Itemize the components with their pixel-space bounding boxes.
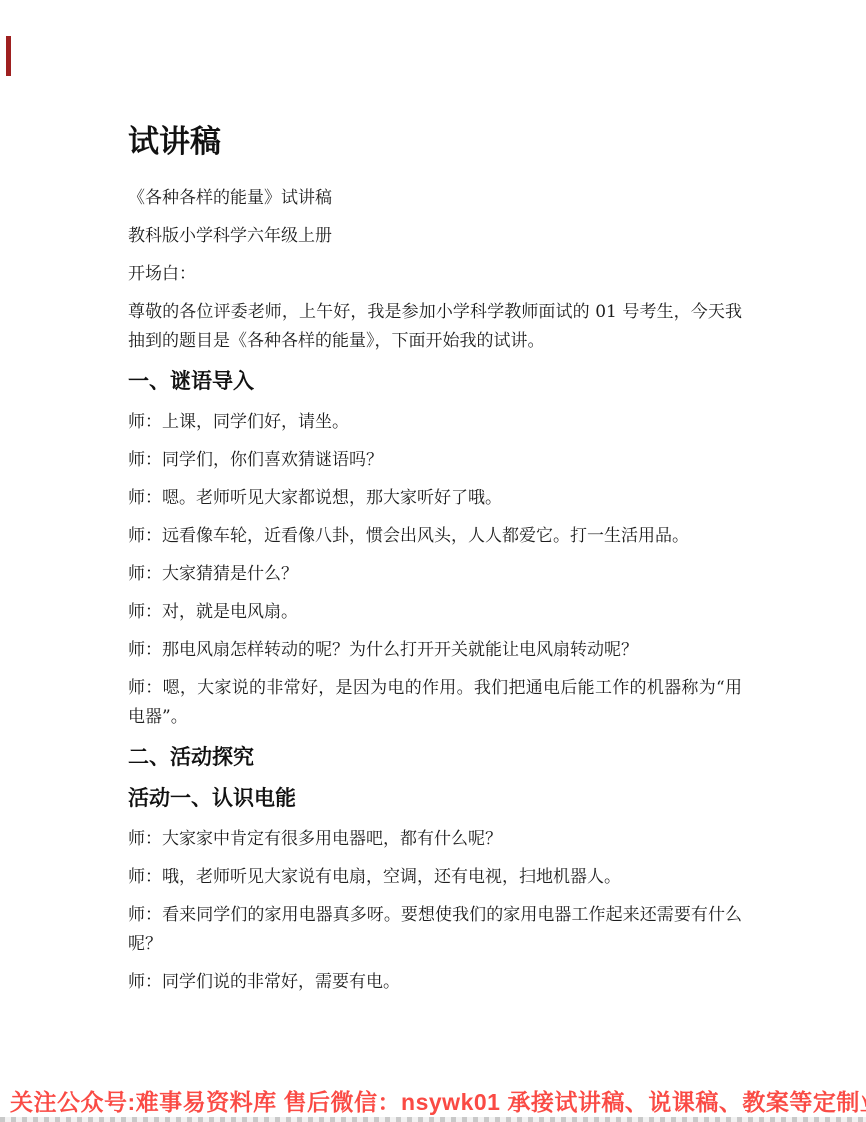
paragraph: 师：远看像车轮，近看像八卦，惯会出风头，人人都爱它。打一生活用品。 [128,522,742,551]
paragraph: 师：嗯。老师听见大家都说想，那大家听好了哦。 [128,484,742,513]
red-mark [6,36,11,76]
footer-banner-text: 关注公众号:难事易资料库 售后微信：nsywk01 承接试讲稿、说课稿、教案等定… [10,1089,866,1115]
paragraph-opening: 尊敬的各位评委老师，上午好，我是参加小学科学教师面试的 01 号考生，今天我抽到… [128,298,742,356]
paragraph: 师：看来同学们的家用电器真多呀。要想使我们的家用电器工作起来还需要有什么呢？ [128,901,742,959]
section-heading-activity-one: 活动一、认识电能 [128,784,742,812]
paragraph-opening-label: 开场白： [128,260,742,289]
paragraph: 师：大家家中肯定有很多用电器吧，都有什么呢？ [128,825,742,854]
section-heading-riddle-intro: 一、谜语导入 [128,367,742,395]
doc-title: 试讲稿 [128,122,742,162]
paragraph: 师：嗯，大家说的非常好，是因为电的作用。我们把通电后能工作的机器称为“用电器”。 [128,674,742,732]
paragraph: 师：同学们说的非常好，需要有电。 [128,968,742,997]
document-page: 试讲稿 《各种各样的能量》试讲稿 教科版小学科学六年级上册 开场白： 尊敬的各位… [0,0,866,1122]
paragraph: 师：那电风扇怎样转动的呢？为什么打开开关就能让电风扇转动呢？ [128,636,742,665]
paragraph: 师：同学们，你们喜欢猜谜语吗？ [128,446,742,475]
paragraph: 师：大家猜猜是什么？ [128,560,742,589]
paragraph-edition: 教科版小学科学六年级上册 [128,222,742,251]
document-body: 试讲稿 《各种各样的能量》试讲稿 教科版小学科学六年级上册 开场白： 尊敬的各位… [128,0,742,1006]
paragraph: 师：上课，同学们好，请坐。 [128,408,742,437]
paragraph: 师：对，就是电风扇。 [128,598,742,627]
footer-banner: 关注公众号:难事易资料库 售后微信：nsywk01 承接试讲稿、说课稿、教案等定… [0,1089,866,1115]
paragraph: 师：哦，老师听见大家说有电扇，空调，还有电视，扫地机器人。 [128,863,742,892]
paragraph-subtitle: 《各种各样的能量》试讲稿 [128,184,742,213]
section-heading-activity-explore: 二、活动探究 [128,743,742,771]
bottom-dashed-strip [0,1117,866,1122]
